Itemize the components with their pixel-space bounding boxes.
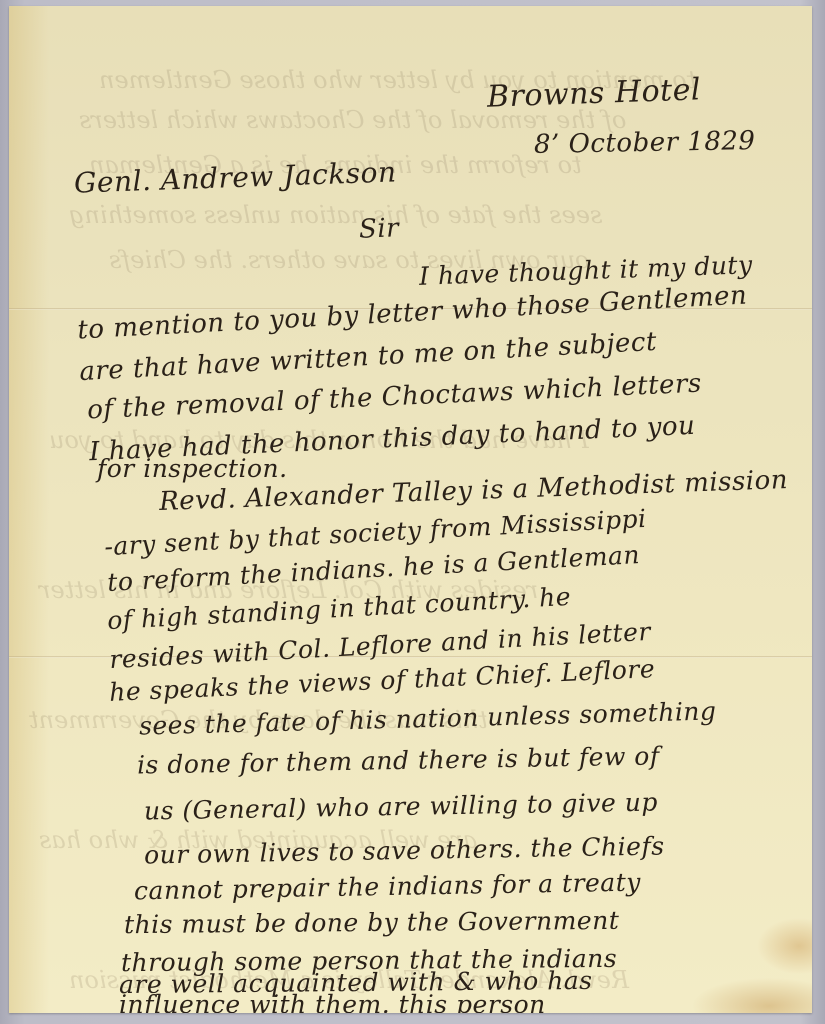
letter-date: 8’ October 1829 bbox=[534, 126, 756, 160]
letter-addressee: Genl. Andrew Jackson bbox=[74, 155, 398, 199]
letter-salutation: Sir bbox=[358, 213, 399, 244]
body-line: cannot prepair the indians for a treaty bbox=[134, 868, 641, 906]
body-line: us (General) who are willing to give up bbox=[144, 788, 658, 826]
body-line: is done for them and there is but few of bbox=[137, 741, 660, 779]
body-line: for inspection. bbox=[97, 454, 288, 483]
bleed-through-text: sees the fate of his nation unless somet… bbox=[69, 201, 602, 229]
body-line: influence with them. this person bbox=[119, 990, 546, 1013]
letter-place: Browns Hotel bbox=[486, 72, 701, 114]
body-line: sees the fate of his nation unless somet… bbox=[139, 696, 717, 740]
letter-page: to mention to you by letter who those Ge… bbox=[9, 6, 812, 1013]
body-line: this must be done by the Government bbox=[124, 906, 620, 939]
body-line: our own lives to save others. the Chiefs bbox=[144, 831, 665, 869]
